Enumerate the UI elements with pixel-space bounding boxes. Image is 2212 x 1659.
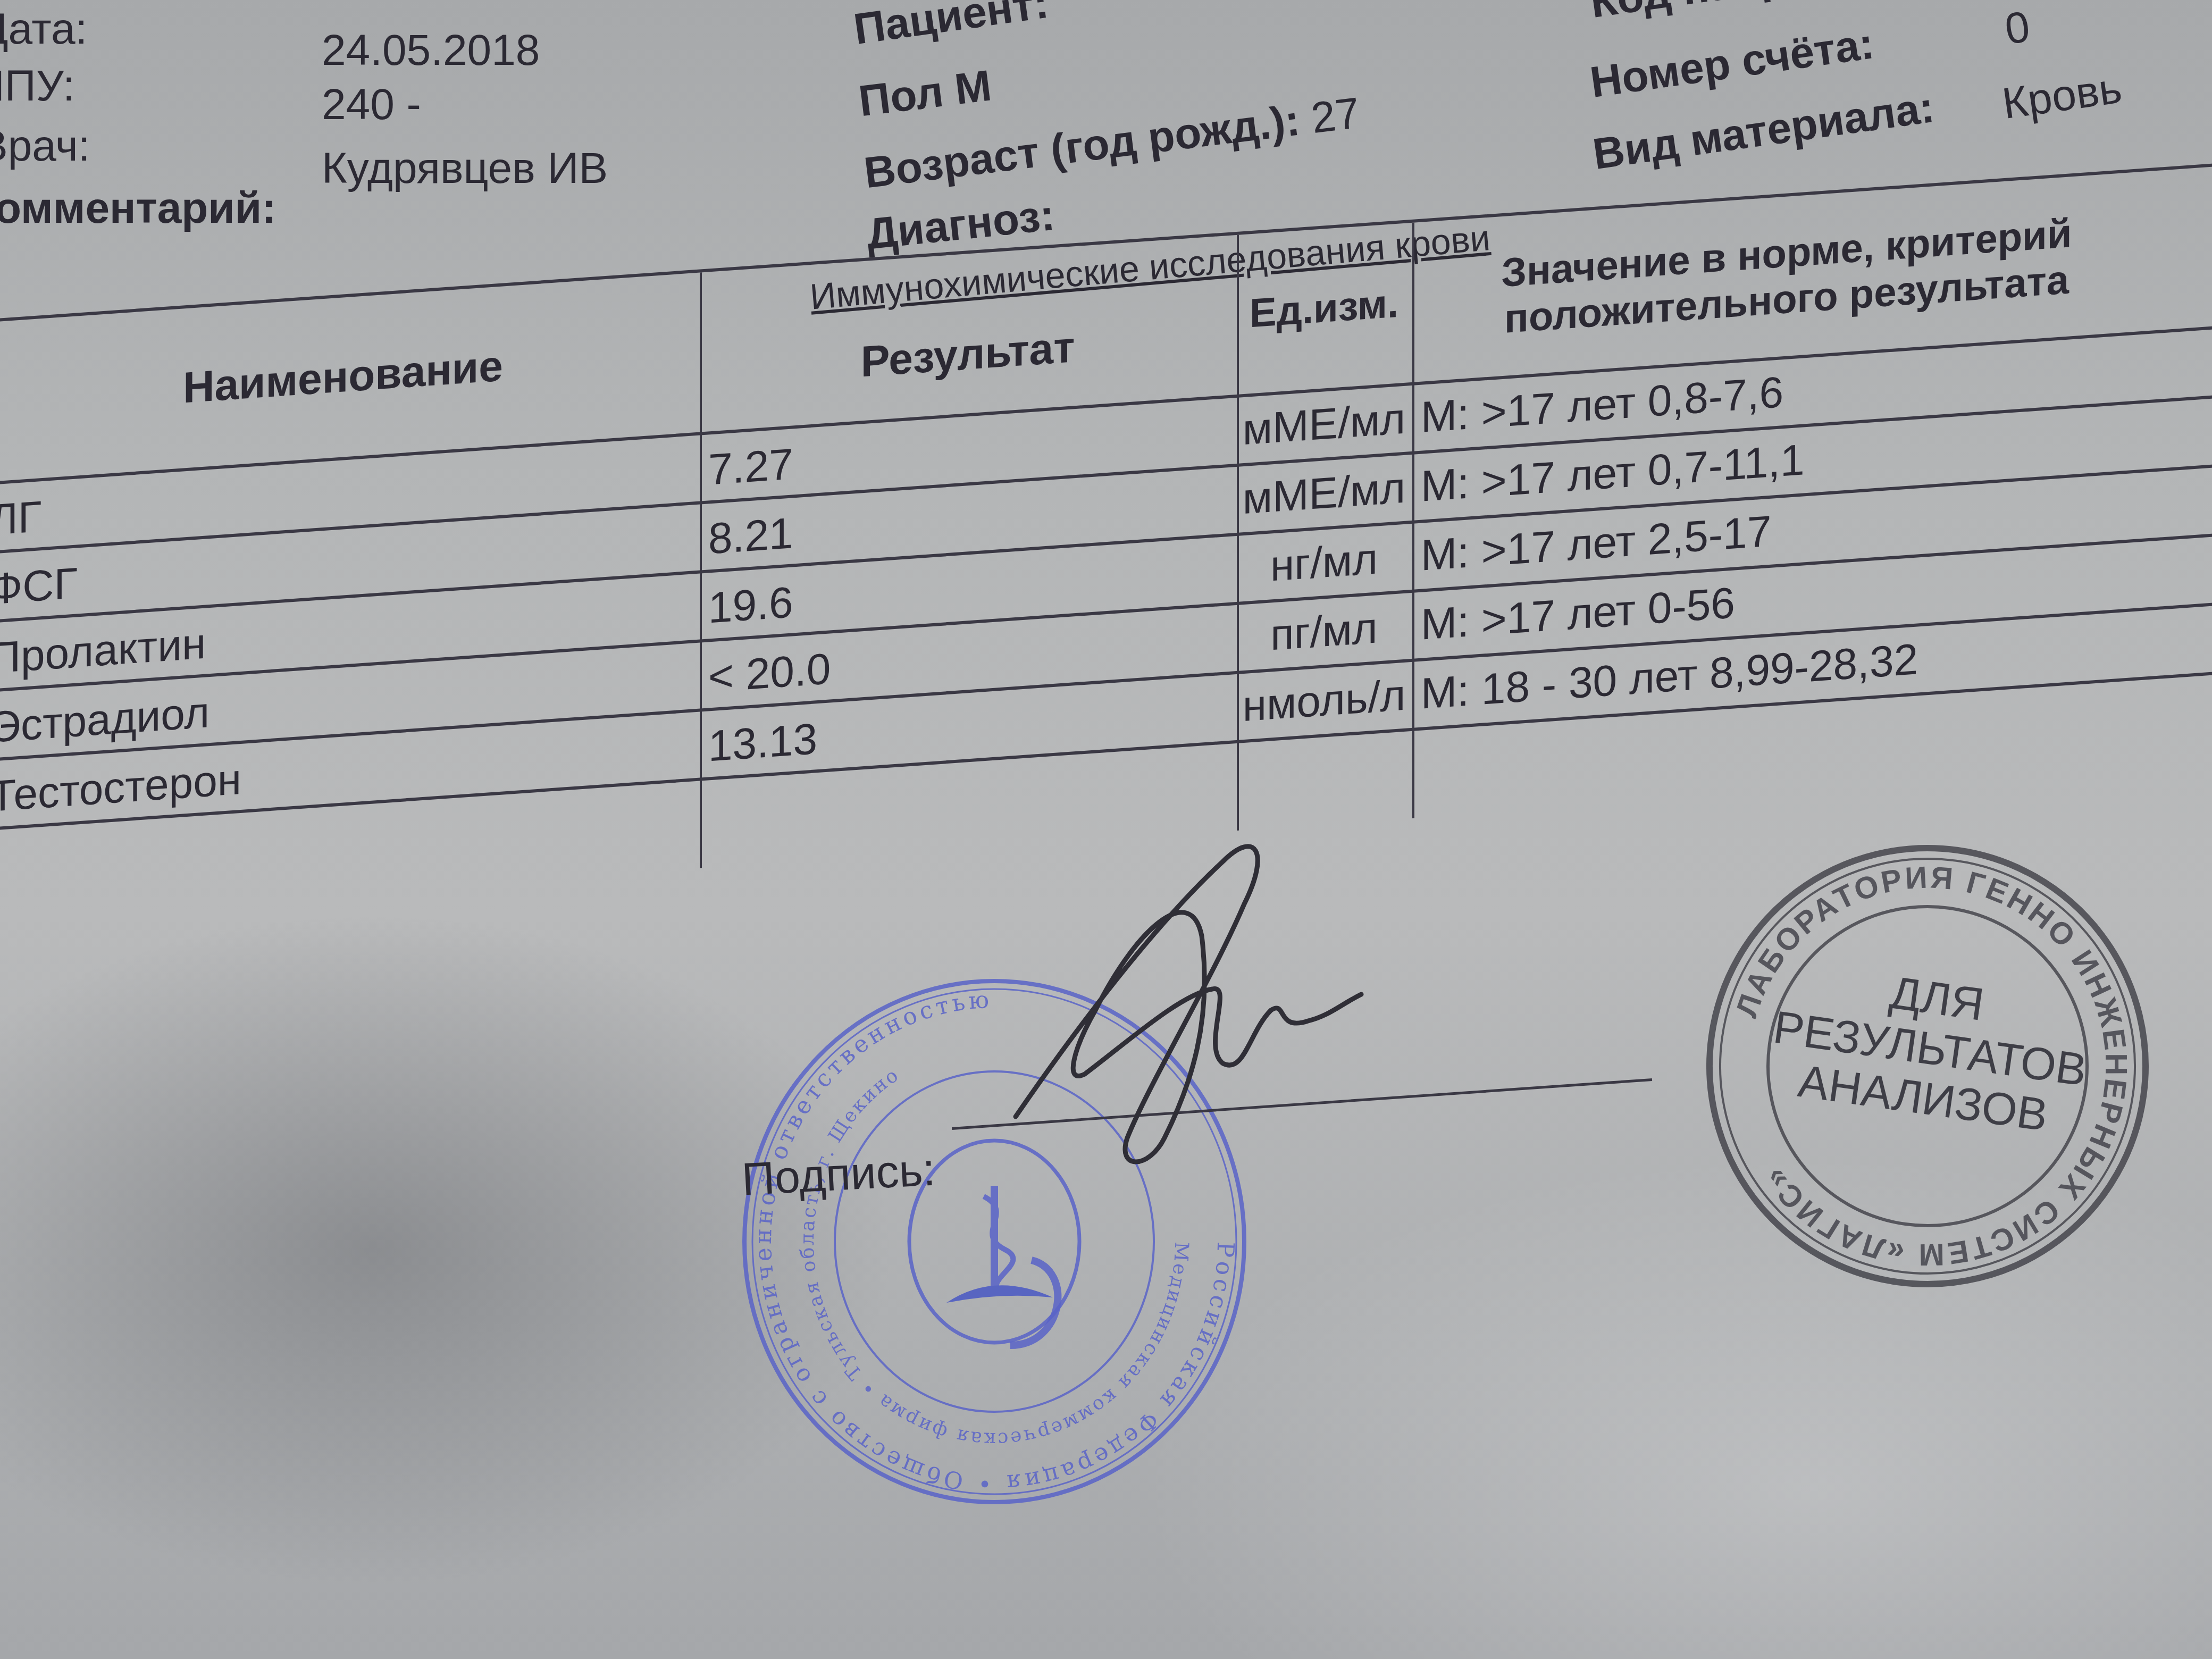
- test-unit: мМЕ/мл: [1239, 386, 1409, 463]
- test-unit: нмоль/л: [1239, 662, 1409, 740]
- lab-report-paper: Дата: 24.05.2018 ЛПУ: 240 - Врач: Кудряв…: [0, 0, 2212, 1659]
- account-value: 0: [2002, 2, 2033, 55]
- patient-label: Пациент:: [851, 0, 1051, 55]
- age-value: 27: [1309, 89, 1363, 143]
- sex-value: Пол М: [856, 61, 994, 127]
- handwritten-signature: [904, 819, 1489, 1191]
- account-label: Номер счёта:: [1587, 19, 1877, 108]
- lpu-value: 240 -: [322, 80, 421, 130]
- date-value: 24.05.2018: [322, 26, 540, 76]
- material-value: Кровь: [1999, 63, 2125, 129]
- referral-code-label: Код направления:: [1587, 0, 1981, 28]
- column-divider: [1412, 223, 1414, 818]
- date-label: Дата:: [0, 4, 87, 54]
- column-header-unit: Ед.изм.: [1239, 223, 1409, 394]
- doctor-label: Врач:: [0, 121, 90, 171]
- test-unit: пг/мл: [1239, 593, 1409, 671]
- doctor-value: Кудрявцев ИВ: [322, 144, 608, 194]
- column-divider: [700, 272, 702, 868]
- test-unit: нг/мл: [1239, 524, 1409, 601]
- column-divider: [1237, 235, 1239, 831]
- test-unit: мМЕ/мл: [1239, 455, 1409, 532]
- lab-stamp: ЛАБОРАТОРИЯ ГЕННО ИНЖЕНЕРНЫХ СИСТЕМ «ЛАГ…: [1672, 811, 2183, 1321]
- caduceus-icon: [946, 1186, 1058, 1345]
- comment-label: Комментарий:: [0, 183, 276, 233]
- lpu-label: ЛПУ:: [0, 61, 75, 111]
